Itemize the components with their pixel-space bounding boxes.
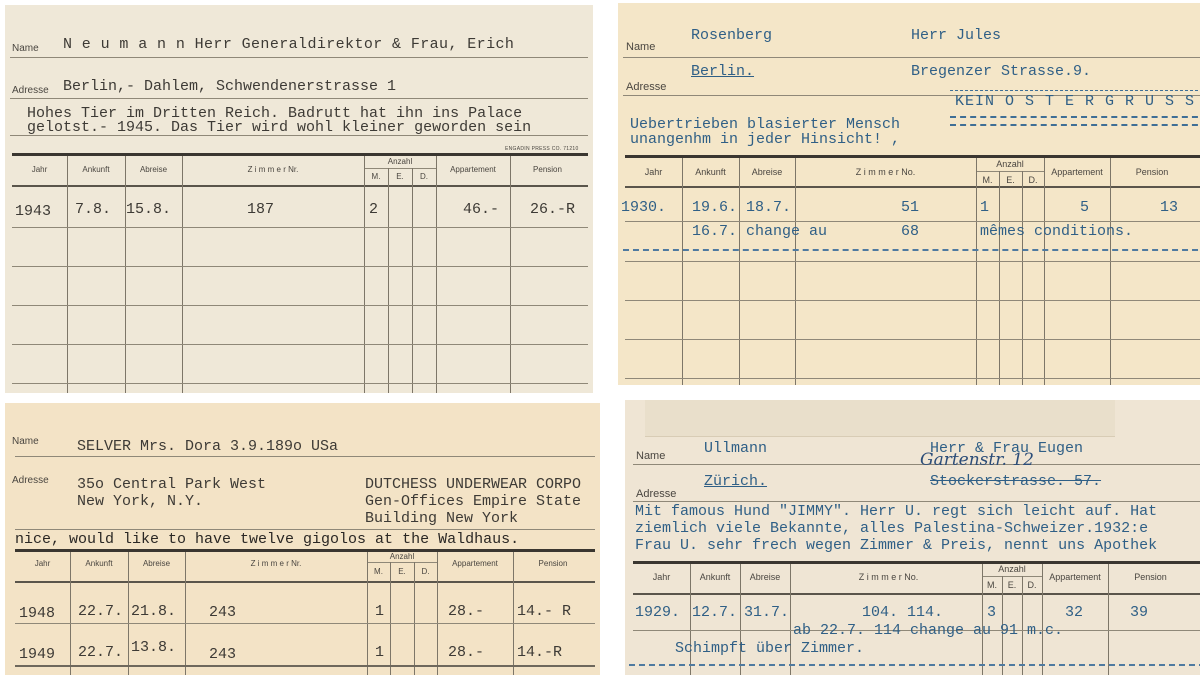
col-m: M. bbox=[982, 580, 1002, 590]
col-jahr: Jahr bbox=[633, 572, 690, 582]
col-e: E. bbox=[999, 175, 1022, 185]
guest-address: Berlin,- Dahlem, Schwendenerstrasse 1 bbox=[63, 78, 396, 95]
guest-card-rosenberg: Name Rosenberg Herr Jules Berlin. Bregen… bbox=[618, 3, 1200, 385]
row-jahr: 1929. bbox=[635, 604, 680, 621]
col-anzahl: Anzahl bbox=[982, 564, 1042, 574]
row-abreise: 18.7. bbox=[746, 199, 791, 216]
row-appartement: 32 bbox=[1065, 604, 1083, 621]
row-appartement: 28.- bbox=[448, 603, 484, 620]
row-m: 3 bbox=[987, 604, 996, 621]
col-ankunft: Ankunft bbox=[690, 572, 740, 582]
row-appartement: 46.- bbox=[463, 201, 499, 218]
guest-card-selver: Name SELVER Mrs. Dora 3.9.189o USa Adres… bbox=[5, 403, 600, 675]
col-abreise: Abreise bbox=[125, 165, 182, 174]
guest-card-ullmann: Name Ullmann Herr & Frau Eugen Gartenstr… bbox=[625, 400, 1200, 675]
row-m: 1 bbox=[375, 603, 384, 620]
remark-line-3: Frau U. sehr frech wegen Zimmer & Preis,… bbox=[635, 537, 1157, 554]
company-line-1: DUTCHESS UNDERWEAR CORPO bbox=[365, 476, 581, 493]
name-label: Name bbox=[626, 41, 655, 53]
col-appartement: Appartement bbox=[436, 165, 510, 174]
col-ankunft: Ankunft bbox=[70, 559, 128, 568]
col-zimmer: Z i m m e r No. bbox=[795, 167, 976, 177]
row-pension: 13 bbox=[1160, 199, 1178, 216]
row-m: 1 bbox=[375, 644, 384, 661]
row-m: 1 bbox=[980, 199, 989, 216]
col-abreise: Abreise bbox=[740, 572, 790, 582]
col-e: E. bbox=[388, 172, 412, 181]
row-appartement: 28.- bbox=[448, 644, 484, 661]
handwritten-new-address: Gartenstr. 12 bbox=[920, 450, 1034, 470]
name-label: Name bbox=[12, 43, 39, 54]
row-pension: 26.-R bbox=[530, 201, 575, 218]
row-abreise: 15.8. bbox=[126, 201, 171, 218]
remark-line-2: gelotst.- 1945. Das Tier wird wohl klein… bbox=[27, 119, 531, 136]
col-m: M. bbox=[976, 175, 999, 185]
printer-mark: ENGADIN PRESS CO. 71210 bbox=[505, 146, 579, 152]
guest-given-name: Herr Jules bbox=[911, 27, 1001, 44]
col-abreise: Abreise bbox=[739, 167, 795, 177]
row-jahr: 1948 bbox=[19, 605, 55, 622]
row-change-note: ab 22.7. 114 change au 91 m.c. bbox=[793, 622, 1063, 639]
name-label: Name bbox=[636, 450, 665, 462]
row-ankunft: 12.7. bbox=[692, 604, 737, 621]
col-e: E. bbox=[390, 567, 414, 576]
col-e: E. bbox=[1002, 580, 1022, 590]
col-pension: Pension bbox=[1110, 167, 1194, 177]
col-d: D. bbox=[1022, 175, 1044, 185]
col-ankunft: Ankunft bbox=[682, 167, 739, 177]
remark-line-2: ziemlich viele Bekannte, alles Palestina… bbox=[635, 520, 1148, 537]
guest-surname: Ullmann bbox=[704, 440, 767, 457]
col-m: M. bbox=[364, 172, 388, 181]
col-anzahl: Anzahl bbox=[367, 552, 437, 561]
row-ankunft: 22.7. bbox=[78, 644, 123, 661]
col-d: D. bbox=[1022, 580, 1042, 590]
col-anzahl: Anzahl bbox=[364, 157, 436, 166]
row-change-text: change au bbox=[746, 223, 827, 240]
row-ankunft: 22.7. bbox=[78, 603, 123, 620]
row-ankunft: 19.6. bbox=[692, 199, 737, 216]
col-appartement: Appartement bbox=[1042, 572, 1108, 582]
address-label: Adresse bbox=[12, 475, 49, 486]
name-label: Name bbox=[12, 436, 39, 447]
col-m: M. bbox=[367, 567, 390, 576]
row-jahr: 1930. bbox=[621, 199, 666, 216]
col-abreise: Abreise bbox=[128, 559, 185, 568]
col-jahr: Jahr bbox=[625, 167, 682, 177]
guest-name: SELVER Mrs. Dora 3.9.189o USa bbox=[77, 438, 338, 455]
struck-old-street: Stockerstrasse. 57. bbox=[930, 473, 1101, 490]
guest-surname: Rosenberg bbox=[691, 27, 772, 44]
row-abreise: 21.8. bbox=[131, 603, 176, 620]
row-jahr: 1943 bbox=[15, 203, 51, 220]
row-jahr: 1949 bbox=[19, 646, 55, 663]
address-label: Adresse bbox=[636, 488, 676, 500]
col-appartement: Appartement bbox=[1044, 167, 1110, 177]
company-line-3: Building New York bbox=[365, 510, 518, 527]
col-zimmer: Z i m m e r No. bbox=[790, 572, 987, 582]
col-ankunft: Ankunft bbox=[67, 165, 125, 174]
remark-line-1: nice, would like to have twelve gigolos … bbox=[15, 531, 519, 548]
col-zimmer: Z i m m e r Nr. bbox=[182, 165, 364, 174]
company-line-2: Gen-Offices Empire State bbox=[365, 493, 581, 510]
row-ankunft: 16.7. bbox=[692, 223, 737, 240]
col-pension: Pension bbox=[1108, 572, 1193, 582]
guest-city: Zürich. bbox=[704, 473, 767, 490]
row-note: mêmes conditions. bbox=[980, 223, 1133, 240]
guest-street: Bregenzer Strasse.9. bbox=[911, 63, 1091, 80]
stamp-kein-ostergruss: KEIN O S T E R G R U S S bbox=[955, 93, 1195, 110]
row-pension: 39 bbox=[1130, 604, 1148, 621]
col-pension: Pension bbox=[510, 165, 585, 174]
guest-city: Berlin. bbox=[691, 63, 754, 80]
row-pension: 14.-R bbox=[517, 644, 562, 661]
col-d: D. bbox=[414, 567, 437, 576]
row-zimmer: 243 bbox=[209, 604, 236, 621]
address-label: Adresse bbox=[12, 85, 49, 96]
row-abreise: 13.8. bbox=[131, 639, 176, 656]
row-m: 2 bbox=[369, 201, 378, 218]
row-complaint-note: Schimpft über Zimmer. bbox=[675, 640, 864, 657]
col-d: D. bbox=[412, 172, 436, 181]
row-abreise: 31.7. bbox=[744, 604, 789, 621]
row-pension: 14.- R bbox=[517, 603, 571, 620]
address-line-2: New York, N.Y. bbox=[77, 493, 203, 510]
address-label: Adresse bbox=[626, 81, 666, 93]
col-zimmer: Z i m m e r Nr. bbox=[185, 559, 367, 568]
col-jahr: Jahr bbox=[15, 559, 70, 568]
row-zimmer: 51 bbox=[901, 199, 919, 216]
col-pension: Pension bbox=[513, 559, 593, 568]
row-zimmer: 104. 114. bbox=[862, 604, 943, 621]
row-zimmer: 243 bbox=[209, 646, 236, 663]
row-ankunft: 7.8. bbox=[75, 201, 111, 218]
col-jahr: Jahr bbox=[12, 165, 67, 174]
col-appartement: Appartement bbox=[437, 559, 513, 568]
guest-name: N e u m a n n Herr Generaldirektor & Fra… bbox=[63, 36, 514, 53]
row-appartement: 5 bbox=[1080, 199, 1089, 216]
remark-line-2: unangenhm in jeder Hinsicht! , bbox=[630, 131, 900, 148]
guest-card-neumann: Name N e u m a n n Herr Generaldirektor … bbox=[5, 5, 593, 393]
remark-line-1: Mit famous Hund "JIMMY". Herr U. regt si… bbox=[635, 503, 1157, 520]
col-anzahl: Anzahl bbox=[976, 159, 1044, 169]
row-zimmer: 68 bbox=[901, 223, 919, 240]
address-line-1: 35o Central Park West bbox=[77, 476, 266, 493]
row-zimmer: 187 bbox=[247, 201, 274, 218]
